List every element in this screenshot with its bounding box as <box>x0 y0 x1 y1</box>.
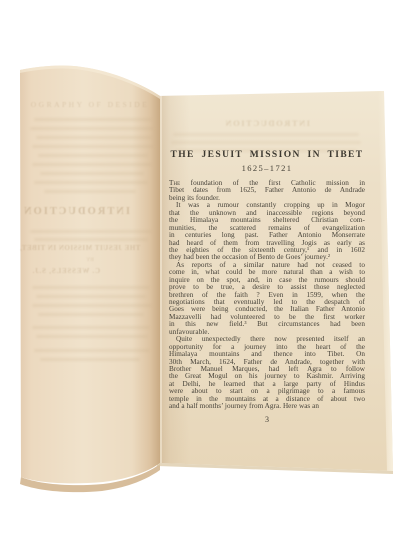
showthrough-streak <box>32 286 150 289</box>
showthrough-streak <box>30 230 152 233</box>
showthrough-streak <box>34 349 150 352</box>
book-photo: OGRAPHY OF DESIDE INTRODUCTION THE JESUI… <box>0 0 416 555</box>
showthrough-streak <box>34 181 148 184</box>
showthrough-streak <box>36 335 148 338</box>
left-page-showthrough-by: BY <box>20 257 160 263</box>
showthrough-streak <box>34 118 152 121</box>
showthrough-streak <box>173 133 359 136</box>
text-line: and a half months’ journey from Agra. He… <box>169 403 365 410</box>
showthrough-streak <box>38 313 144 316</box>
showthrough-streak <box>44 190 136 193</box>
showthrough-streak <box>36 136 152 139</box>
page-number: 3 <box>169 415 365 424</box>
right-page-showthrough-introduction: INTRODUCTION <box>169 118 365 128</box>
showthrough-streak <box>32 326 150 329</box>
left-page: OGRAPHY OF DESIDE INTRODUCTION THE JESUI… <box>20 60 160 490</box>
body-text: The foundation of the first Catholic mis… <box>169 180 365 411</box>
showthrough-streak <box>36 295 146 298</box>
right-page: THE JESUIT MISSION IN TIBET 1625–1721 Th… <box>169 150 365 424</box>
showthrough-streak <box>30 127 154 130</box>
chapter-dates: 1625–1721 <box>169 163 365 173</box>
showthrough-streak <box>171 141 361 144</box>
showthrough-streak <box>34 238 148 241</box>
showthrough-streak <box>40 358 140 361</box>
left-page-showthrough-introduction: INTRODUCTION <box>6 206 146 217</box>
showthrough-streak <box>40 172 144 175</box>
left-page-showthrough-author: C. WESSELS, S.J. <box>0 267 136 275</box>
left-page-showthrough-title: THE JESUIT MISSION IN TIBET, <box>10 244 150 252</box>
showthrough-streak <box>32 145 154 148</box>
left-page-showthrough-header: OGRAPHY OF DESIDE <box>20 100 160 109</box>
chapter-title: THE JESUIT MISSION IN TIBET <box>169 150 365 160</box>
showthrough-streak <box>32 304 152 307</box>
showthrough-streak <box>32 163 152 166</box>
showthrough-streak <box>38 154 148 157</box>
